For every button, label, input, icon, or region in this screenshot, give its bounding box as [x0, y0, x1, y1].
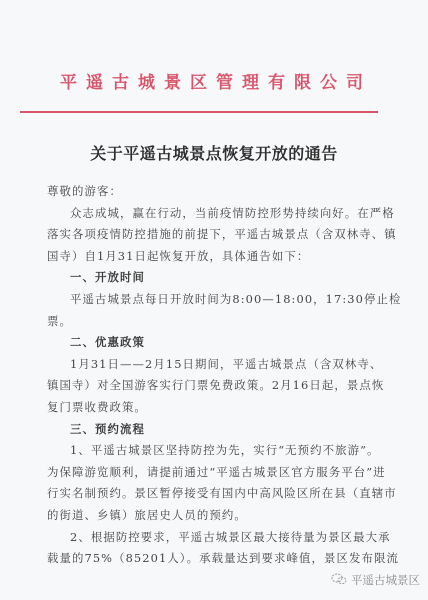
section-line: 票。 — [47, 311, 373, 333]
letterhead-company-name: 平遥古城景区管理有限公司 — [0, 68, 428, 93]
section-heading-discount-policy: 二、优惠政策 — [47, 332, 373, 354]
wechat-icon — [331, 573, 347, 588]
notice-document: 平遥古城景区管理有限公司 关于平遥古城景点恢复开放的通告 尊敬的游客： 众志成城… — [0, 0, 428, 600]
source-watermark: 平遥古城景区 — [331, 572, 420, 588]
section-heading-opening-hours: 一、开放时间 — [47, 267, 373, 289]
section-line: 平遥古城景点每日开放时间为8:00—18:00，17:30停止检 — [47, 289, 373, 311]
section-line: 载量的75%（85201人）。承载量达到要求峰值，景区发布限流 — [47, 548, 373, 570]
salutation: 尊敬的游客： — [47, 181, 373, 203]
watermark-label: 平遥古城景区 — [351, 572, 420, 588]
section-line: 行实名制预约。景区暂停接受有国内中高风险区所在县（直辖市 — [47, 483, 373, 505]
notice-body: 尊敬的游客： 众志成城，赢在行动，当前疫情防控形势持续向好。在严格 落实各项疫情… — [47, 181, 373, 570]
section-line: 1、平遥古城景区坚持防控为先，实行“无预约不旅游”。 — [47, 440, 373, 462]
section-line: 1月31日——2月15日期间，平遥古城景点（含双林寺、 — [47, 354, 373, 376]
letterhead-divider — [20, 111, 378, 113]
intro-line: 落实各项疫情防控措施的前提下，平遥古城景点（含双林寺、镇 — [47, 224, 373, 246]
section-line: 2、根据防控要求，平遥古城景区最大接待量为景区最大承 — [47, 527, 373, 549]
section-line: 复门票收费政策。 — [47, 397, 373, 419]
intro-line: 国寺）自1月31日起恢复开放，具体通告如下： — [47, 246, 373, 268]
intro-line: 众志成城，赢在行动，当前疫情防控形势持续向好。在严格 — [47, 203, 373, 225]
section-line: 的街道、乡镇）旅居史人员的预约。 — [47, 505, 373, 527]
section-heading-reservation-process: 三、预约流程 — [47, 419, 373, 441]
notice-title: 关于平遥古城景点恢复开放的通告 — [0, 141, 428, 164]
section-line: 镇国寺）对全国游客实行门票免费政策。2月16日起，景点恢 — [47, 375, 373, 397]
section-line: 为保障游览顺利，请提前通过“平遥古城景区官方服务平台”进 — [47, 462, 373, 484]
